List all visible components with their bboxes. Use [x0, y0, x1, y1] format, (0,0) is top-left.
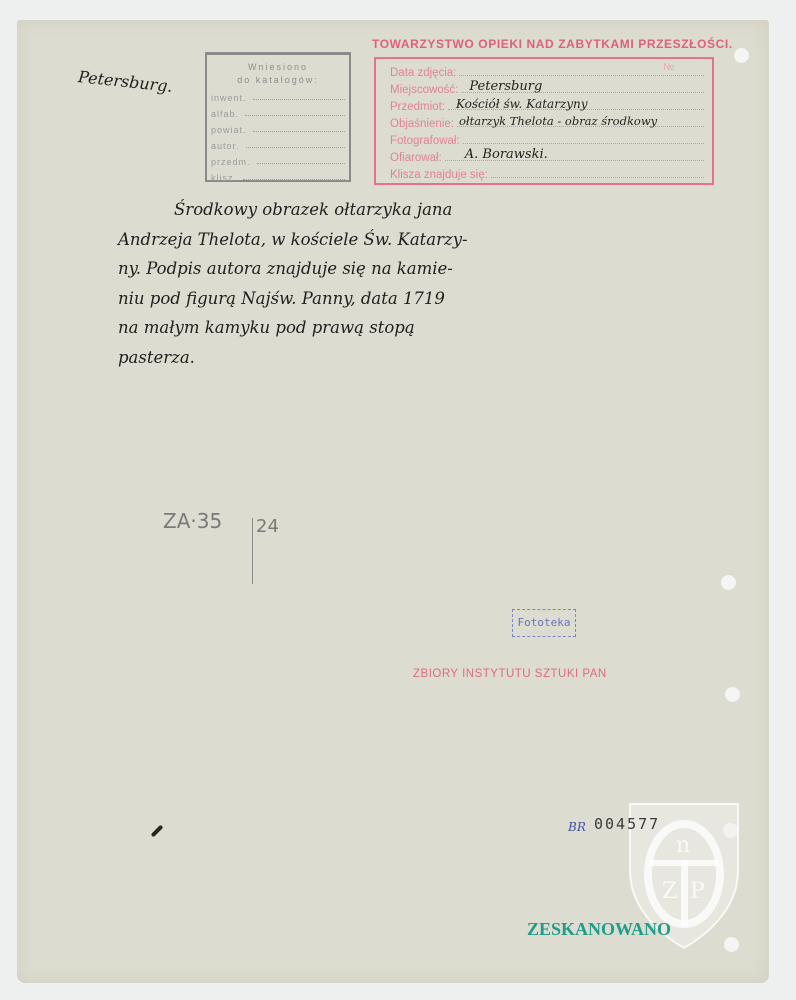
field-donor: Ofiarował: A. Borawski.: [390, 148, 704, 164]
fototeka-stamp: Fototeka: [512, 609, 576, 637]
catalog-row: autor.: [207, 135, 349, 151]
punch-hole: [734, 48, 749, 63]
inventory-number: 004577: [594, 815, 660, 833]
svg-text:Z: Z: [662, 879, 677, 904]
collection-stamp: ZBIORY INSTYTUTU SZTUKI PAN: [413, 668, 607, 680]
catalog-row: klisz.: [207, 167, 349, 183]
catalog-row: powiat.: [207, 119, 349, 135]
catalog-row: przedm.: [207, 151, 349, 167]
note-line: ny. Podpis autora znajduje się na kamie-: [118, 254, 738, 284]
br-label: BR: [568, 820, 586, 834]
field-location: Miejscowość: Petersburg: [390, 80, 704, 96]
society-stamp: Data zdjęcia: № Miejscowość: Petersburg …: [374, 57, 714, 185]
punch-hole: [725, 687, 740, 702]
handwritten-note: Środkowy obrazek ołtarzyka jana Andrzeja…: [118, 195, 738, 372]
svg-text:P: P: [690, 879, 705, 904]
number-sign: №: [663, 62, 674, 73]
field-description: Objaśnienie: ołtarzyk Thelota - obraz śr…: [390, 114, 704, 130]
svg-text:n: n: [676, 833, 690, 858]
field-photographer: Fotografował:: [390, 131, 704, 147]
pencil-signature: ZA·35: [163, 509, 222, 533]
punch-hole: [721, 575, 736, 590]
note-line: pasterza.: [118, 343, 738, 373]
catalog-stamp-title: Wniesiono: [207, 61, 349, 74]
field-negative-location: Klisza znajduje się:: [390, 165, 704, 181]
field-subject: Przedmiot: Kościół św. Katarzyny: [390, 97, 704, 113]
catalog-row: inwent.: [207, 87, 349, 103]
note-line: niu pod figurą Najśw. Panny, data 1719: [118, 284, 738, 314]
note-line: Andrzeja Thelota, w kościele Św. Katarzy…: [118, 225, 738, 255]
scanned-stamp: ZESKANOWANO: [527, 919, 671, 940]
society-stamp-title: TOWARZYSTWO OPIEKI NAD ZABYTKAMI PRZESZŁ…: [372, 37, 733, 51]
catalog-stamp-subtitle: do katalogów:: [207, 74, 349, 87]
pencil-number: 24: [256, 516, 279, 537]
pencil-divider: [252, 518, 253, 584]
note-line: Środkowy obrazek ołtarzyka jana: [118, 195, 738, 225]
catalog-stamp: Wniesiono do katalogów: inwent. alfab. p…: [205, 52, 351, 182]
catalog-row: alfab.: [207, 103, 349, 119]
note-line: na małym kamyku pod prawą stopą: [118, 313, 738, 343]
field-photo-date: Data zdjęcia: №: [390, 63, 704, 79]
